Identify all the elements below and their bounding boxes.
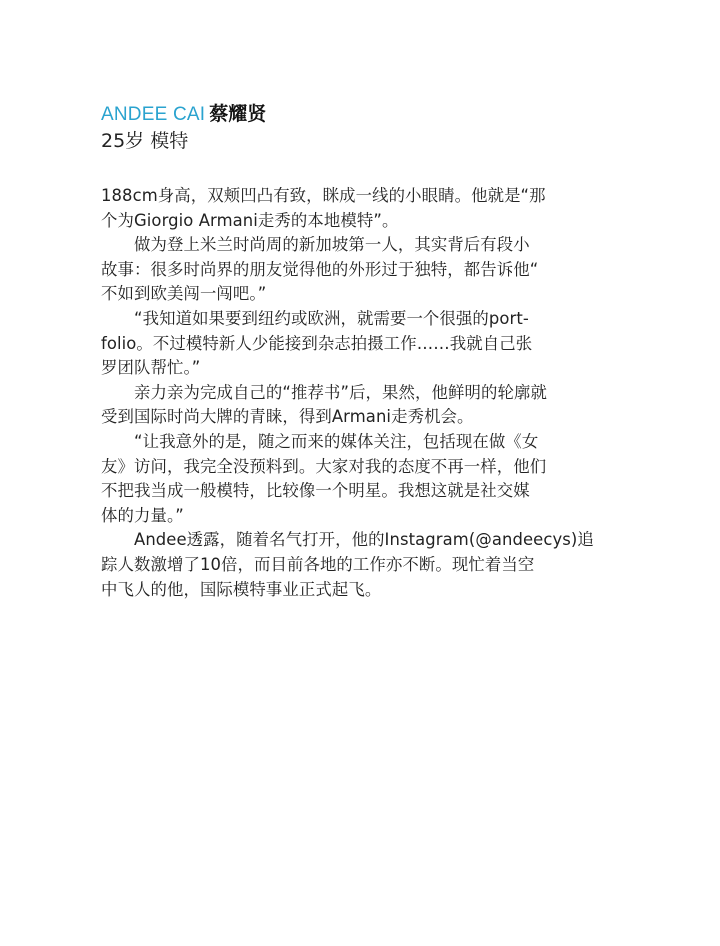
body-line: 188cm身高，双颊凹凸有致，眯成一线的小眼睛。他就是“那 bbox=[101, 184, 621, 209]
body-line: “我知道如果要到纽约或欧洲，就需要一个很强的port- bbox=[101, 307, 621, 332]
body-line: 个为Giorgio Armani走秀的本地模特”。 bbox=[101, 209, 621, 234]
article-subtitle: 25岁 模特 bbox=[101, 129, 188, 153]
body-line: 故事：很多时尚界的朋友觉得他的外形过于独特，都告诉他“ bbox=[101, 258, 621, 283]
body-line: Andee透露，随着名气打开，他的Instagram(@andeecys)追 bbox=[101, 528, 621, 553]
article-body: 188cm身高，双颊凹凸有致，眯成一线的小眼睛。他就是“那 个为Giorgio … bbox=[101, 184, 621, 602]
body-line: 受到国际时尚大牌的青睐，得到Armani走秀机会。 bbox=[101, 405, 621, 430]
body-line: 做为登上米兰时尚周的新加坡第一人，其实背后有段小 bbox=[101, 233, 621, 258]
body-line: 不如到欧美闯一闯吧。” bbox=[101, 282, 621, 307]
body-line: 友》访问，我完全没预料到。大家对我的态度不再一样，他们 bbox=[101, 455, 621, 480]
body-line: “让我意外的是，随之而来的媒体关注，包括现在做《女 bbox=[101, 430, 621, 455]
body-line: 罗团队帮忙。” bbox=[101, 356, 621, 381]
body-line: folio。不过模特新人少能接到杂志拍摄工作……我就自己张 bbox=[101, 332, 621, 357]
body-line: 亲力亲为完成自己的“推荐书”后，果然，他鲜明的轮廓就 bbox=[101, 381, 621, 406]
body-line: 体的力量。” bbox=[101, 504, 621, 529]
body-line: 中飞人的他，国际模特事业正式起飞。 bbox=[101, 578, 621, 603]
name-chinese: 蔡耀贤 bbox=[209, 103, 266, 125]
article-title: ANDEE CAI蔡耀贤 bbox=[101, 102, 266, 127]
body-line: 踪人数激增了10倍，而目前各地的工作亦不断。现忙着当空 bbox=[101, 553, 621, 578]
body-line: 不把我当成一般模特，比较像一个明星。我想这就是社交媒 bbox=[101, 479, 621, 504]
name-english: ANDEE CAI bbox=[101, 104, 205, 125]
